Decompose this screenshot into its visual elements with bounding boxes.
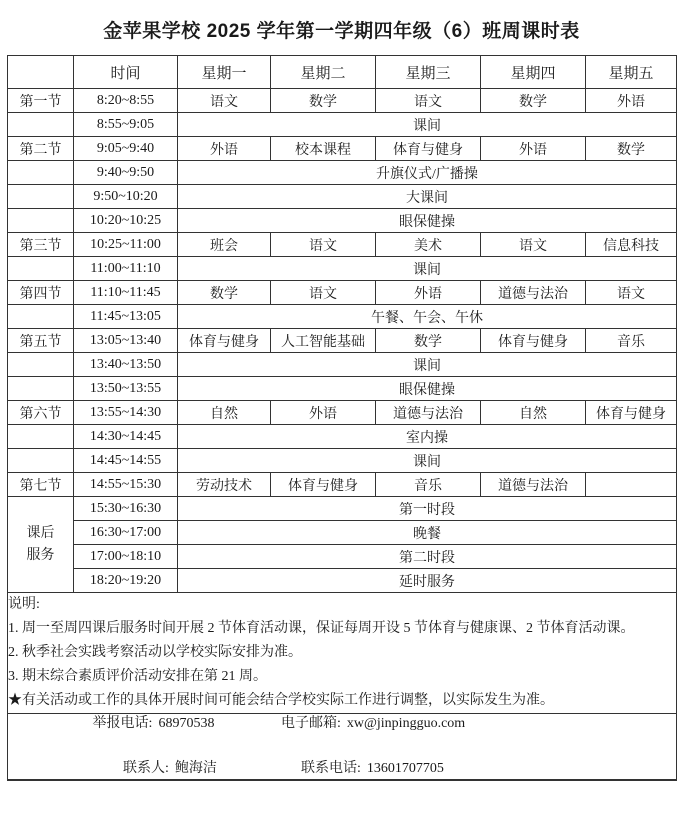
- subject-cell: 体育与健身: [178, 329, 271, 353]
- table-row: 第五节13:05~13:40体育与健身人工智能基础数学体育与健身音乐: [8, 329, 677, 353]
- time-range: 9:05~9:40: [74, 137, 178, 161]
- note-line-3: 3. 期末综合素质评价活动安排在第 21 周。: [8, 665, 676, 689]
- table-row: 13:40~13:50课间: [8, 353, 677, 377]
- time-range: 11:45~13:05: [74, 305, 178, 329]
- column-header: 星期一: [178, 56, 271, 89]
- table-row: 18:20~19:20延时服务: [8, 569, 677, 593]
- activity-cell: 课间: [178, 449, 677, 473]
- subject-cell: 自然: [178, 401, 271, 425]
- activity-cell: 眼保健操: [178, 209, 677, 233]
- subject-cell: 外语: [586, 89, 677, 113]
- subject-cell: 数学: [481, 89, 586, 113]
- period-label: [8, 425, 74, 449]
- contact-line-2: 联系人:鲍海洁 联系电话:13601707705: [8, 759, 676, 779]
- subject-cell: 校本课程: [271, 137, 376, 161]
- subject-cell: 外语: [271, 401, 376, 425]
- period-label: 第三节: [8, 233, 74, 257]
- time-range: 15:30~16:30: [74, 497, 178, 521]
- column-header: 星期三: [376, 56, 481, 89]
- activity-cell: 延时服务: [178, 569, 677, 593]
- activity-cell: 大课间: [178, 185, 677, 209]
- subject-cell: 数学: [178, 281, 271, 305]
- subject-cell: 道德与法治: [481, 281, 586, 305]
- subject-cell: [586, 473, 677, 497]
- activity-cell: 课间: [178, 257, 677, 281]
- subject-cell: 劳动技术: [178, 473, 271, 497]
- table-row: 第一节8:20~8:55语文数学语文数学外语: [8, 89, 677, 113]
- activity-cell: 室内操: [178, 425, 677, 449]
- period-label: 第一节: [8, 89, 74, 113]
- time-range: 11:10~11:45: [74, 281, 178, 305]
- column-header: 时间: [74, 56, 178, 89]
- report-phone-value: 68970538: [158, 716, 214, 731]
- table-row: 14:30~14:45室内操: [8, 425, 677, 449]
- time-range: 14:45~14:55: [74, 449, 178, 473]
- period-label: [8, 185, 74, 209]
- table-row: 11:00~11:10课间: [8, 257, 677, 281]
- activity-cell: 课间: [178, 113, 677, 137]
- time-range: 8:20~8:55: [74, 89, 178, 113]
- table-row: 14:45~14:55课间: [8, 449, 677, 473]
- subject-cell: 音乐: [376, 473, 481, 497]
- table-row: 13:50~13:55眼保健操: [8, 377, 677, 401]
- time-range: 14:55~15:30: [74, 473, 178, 497]
- column-header: 星期四: [481, 56, 586, 89]
- table-row: 10:20~10:25眼保健操: [8, 209, 677, 233]
- column-header: 星期五: [586, 56, 677, 89]
- subject-cell: 人工智能基础: [271, 329, 376, 353]
- timetable: 时间星期一星期二星期三星期四星期五 第一节8:20~8:55语文数学语文数学外语…: [7, 55, 677, 781]
- subject-cell: 信息科技: [586, 233, 677, 257]
- subject-cell: 语文: [481, 233, 586, 257]
- time-range: 8:55~9:05: [74, 113, 178, 137]
- activity-cell: 第二时段: [178, 545, 677, 569]
- period-label: 第五节: [8, 329, 74, 353]
- table-row: 第三节10:25~11:00班会语文美术语文信息科技: [8, 233, 677, 257]
- contact-person-label: 联系人:: [123, 761, 169, 776]
- period-label: [8, 377, 74, 401]
- table-row: 9:40~9:50升旗仪式/广播操: [8, 161, 677, 185]
- table-row: 第四节11:10~11:45数学语文外语道德与法治语文: [8, 281, 677, 305]
- time-range: 9:50~10:20: [74, 185, 178, 209]
- subject-cell: 班会: [178, 233, 271, 257]
- subject-cell: 体育与健身: [586, 401, 677, 425]
- subject-cell: 音乐: [586, 329, 677, 353]
- report-phone-label: 举报电话:: [93, 716, 153, 731]
- note-line-4: ★有关活动或工作的具体开展时间可能会结合学校实际工作进行调整，以实际发生为准。: [8, 689, 676, 713]
- table-row: 16:30~17:00晚餐: [8, 521, 677, 545]
- subject-cell: 道德与法治: [376, 401, 481, 425]
- time-range: 10:20~10:25: [74, 209, 178, 233]
- activity-cell: 晚餐: [178, 521, 677, 545]
- table-row: 8:55~9:05课间: [8, 113, 677, 137]
- period-label: 第四节: [8, 281, 74, 305]
- table-row: 11:45~13:05午餐、午会、午休: [8, 305, 677, 329]
- column-header: [8, 56, 74, 89]
- subject-cell: 体育与健身: [271, 473, 376, 497]
- period-label: 第二节: [8, 137, 74, 161]
- timetable-body: 第一节8:20~8:55语文数学语文数学外语8:55~9:05课间第二节9:05…: [8, 89, 677, 593]
- activity-cell: 第一时段: [178, 497, 677, 521]
- subject-cell: 数学: [376, 329, 481, 353]
- notes-row: 说明: 1. 周一至周四课后服务时间开展 2 节体育活动课，保证每周开设 5 节…: [8, 593, 677, 714]
- activity-cell: 午餐、午会、午休: [178, 305, 677, 329]
- period-label: [8, 353, 74, 377]
- table-row: 第六节13:55~14:30自然外语道德与法治自然体育与健身: [8, 401, 677, 425]
- subject-cell: 语文: [271, 281, 376, 305]
- time-range: 13:55~14:30: [74, 401, 178, 425]
- subject-cell: 语文: [586, 281, 677, 305]
- period-label: 第六节: [8, 401, 74, 425]
- contact-phone-label: 联系电话:: [301, 761, 361, 776]
- activity-cell: 眼保健操: [178, 377, 677, 401]
- activity-cell: 升旗仪式/广播操: [178, 161, 677, 185]
- time-range: 13:40~13:50: [74, 353, 178, 377]
- time-range: 13:05~13:40: [74, 329, 178, 353]
- subject-cell: 外语: [376, 281, 481, 305]
- activity-cell: 课间: [178, 353, 677, 377]
- table-row: 课后 服务15:30~16:30第一时段: [8, 497, 677, 521]
- subject-cell: 语文: [271, 233, 376, 257]
- time-range: 10:25~11:00: [74, 233, 178, 257]
- header-row: 时间星期一星期二星期三星期四星期五: [8, 56, 677, 89]
- time-range: 17:00~18:10: [74, 545, 178, 569]
- time-range: 13:50~13:55: [74, 377, 178, 401]
- time-range: 11:00~11:10: [74, 257, 178, 281]
- contact-section: 举报电话:68970538 电子邮箱:xw@jinpingguo.com 联系人…: [8, 714, 677, 781]
- period-label: [8, 305, 74, 329]
- subject-cell: 自然: [481, 401, 586, 425]
- contact-line-1: 举报电话:68970538 电子邮箱:xw@jinpingguo.com: [8, 714, 676, 734]
- subject-cell: 数学: [586, 137, 677, 161]
- email-label: 电子邮箱:: [281, 716, 341, 731]
- time-range: 18:20~19:20: [74, 569, 178, 593]
- contact-row: 举报电话:68970538 电子邮箱:xw@jinpingguo.com 联系人…: [8, 714, 677, 781]
- note-line-2: 2. 秋季社会实践考察活动以学校实际安排为准。: [8, 641, 676, 665]
- email-value: xw@jinpingguo.com: [347, 716, 465, 731]
- subject-cell: 语文: [376, 89, 481, 113]
- subject-cell: 语文: [178, 89, 271, 113]
- column-header: 星期二: [271, 56, 376, 89]
- subject-cell: 数学: [271, 89, 376, 113]
- subject-cell: 体育与健身: [376, 137, 481, 161]
- page-title: 金苹果学校 2025 学年第一学期四年级（6）班周课时表: [7, 20, 676, 44]
- contact-person-value: 鲍海洁: [175, 761, 217, 776]
- period-label: [8, 257, 74, 281]
- table-row: 9:50~10:20大课间: [8, 185, 677, 209]
- subject-cell: 美术: [376, 233, 481, 257]
- time-range: 9:40~9:50: [74, 161, 178, 185]
- table-row: 第二节9:05~9:40外语校本课程体育与健身外语数学: [8, 137, 677, 161]
- period-label: [8, 113, 74, 137]
- subject-cell: 道德与法治: [481, 473, 586, 497]
- subject-cell: 体育与健身: [481, 329, 586, 353]
- after-school-service-label: 课后 服务: [8, 497, 74, 593]
- period-label: 第七节: [8, 473, 74, 497]
- period-label: [8, 209, 74, 233]
- time-range: 14:30~14:45: [74, 425, 178, 449]
- note-line-1: 1. 周一至周四课后服务时间开展 2 节体育活动课，保证每周开设 5 节体育与健…: [8, 617, 676, 641]
- subject-cell: 外语: [481, 137, 586, 161]
- table-row: 第七节14:55~15:30劳动技术体育与健身音乐道德与法治: [8, 473, 677, 497]
- period-label: [8, 161, 74, 185]
- time-range: 16:30~17:00: [74, 521, 178, 545]
- notes-heading: 说明:: [8, 593, 676, 617]
- timetable-document: 金苹果学校 2025 学年第一学期四年级（6）班周课时表 时间星期一星期二星期三…: [0, 0, 684, 781]
- subject-cell: 外语: [178, 137, 271, 161]
- notes-section: 说明: 1. 周一至周四课后服务时间开展 2 节体育活动课，保证每周开设 5 节…: [8, 593, 677, 714]
- period-label: [8, 449, 74, 473]
- contact-phone-value: 13601707705: [367, 761, 444, 776]
- table-row: 17:00~18:10第二时段: [8, 545, 677, 569]
